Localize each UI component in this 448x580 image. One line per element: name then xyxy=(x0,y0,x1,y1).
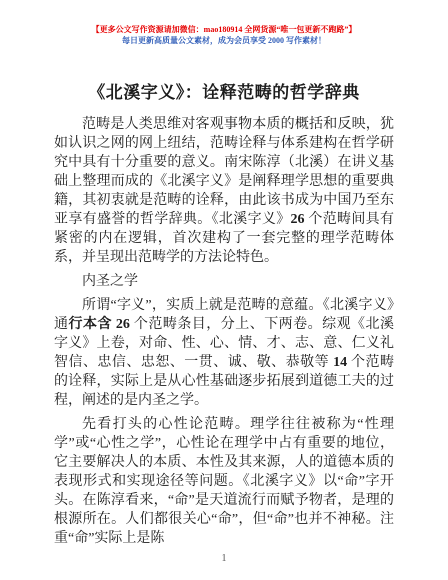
emphasized-number: 26 xyxy=(291,212,305,227)
promo-line-2: 每日更新高质量公文素材，成为会员享受 2000 写作素材！ xyxy=(54,35,394,46)
paragraph-text: 范畴是人类思维对客观事物本质的概括和反映，犹如认识之网的网上纽结，范畴诠释与体系… xyxy=(54,117,394,227)
document-page: 【更多公文写作资源请加微信：mao180914 全网货源“唯一包更新不跑路”】 … xyxy=(0,0,448,580)
promo-line-1: 【更多公文写作资源请加微信：mao180914 全网货源“唯一包更新不跑路”】 xyxy=(54,24,394,35)
document-body: 范畴是人类思维对客观事物本质的概括和反映，犹如认识之网的网上纽结，范畴诠释与体系… xyxy=(54,115,394,548)
emphasized-text: 行本含 26 xyxy=(68,317,129,332)
page-number: 1 xyxy=(0,553,448,564)
paragraph-ziyi: 所谓“字义”，实质上就是范畴的意蕴。《北溪字义》通行本含 26 个范畴条目，分上… xyxy=(54,296,394,410)
paragraph-xinxinglun: 先看打头的心性论范畴。理学往往被称为“性理学”或“心性之学”，心性论在理学中占有… xyxy=(54,415,394,548)
paragraph-intro: 范畴是人类思维对客观事物本质的概括和反映，犹如认识之网的网上纽结，范畴诠释与体系… xyxy=(54,115,394,267)
document-title: 《北溪字义》：诠释范畴的哲学辞典 xyxy=(54,78,394,103)
section-heading-neisheng: 内圣之学 xyxy=(54,272,394,291)
emphasized-number: 14 xyxy=(333,355,347,370)
paragraph-text: 先看打头的心性论范畴。理学往往被称为“性理学”或“心性之学”，心性论在理学中占有… xyxy=(54,417,394,546)
